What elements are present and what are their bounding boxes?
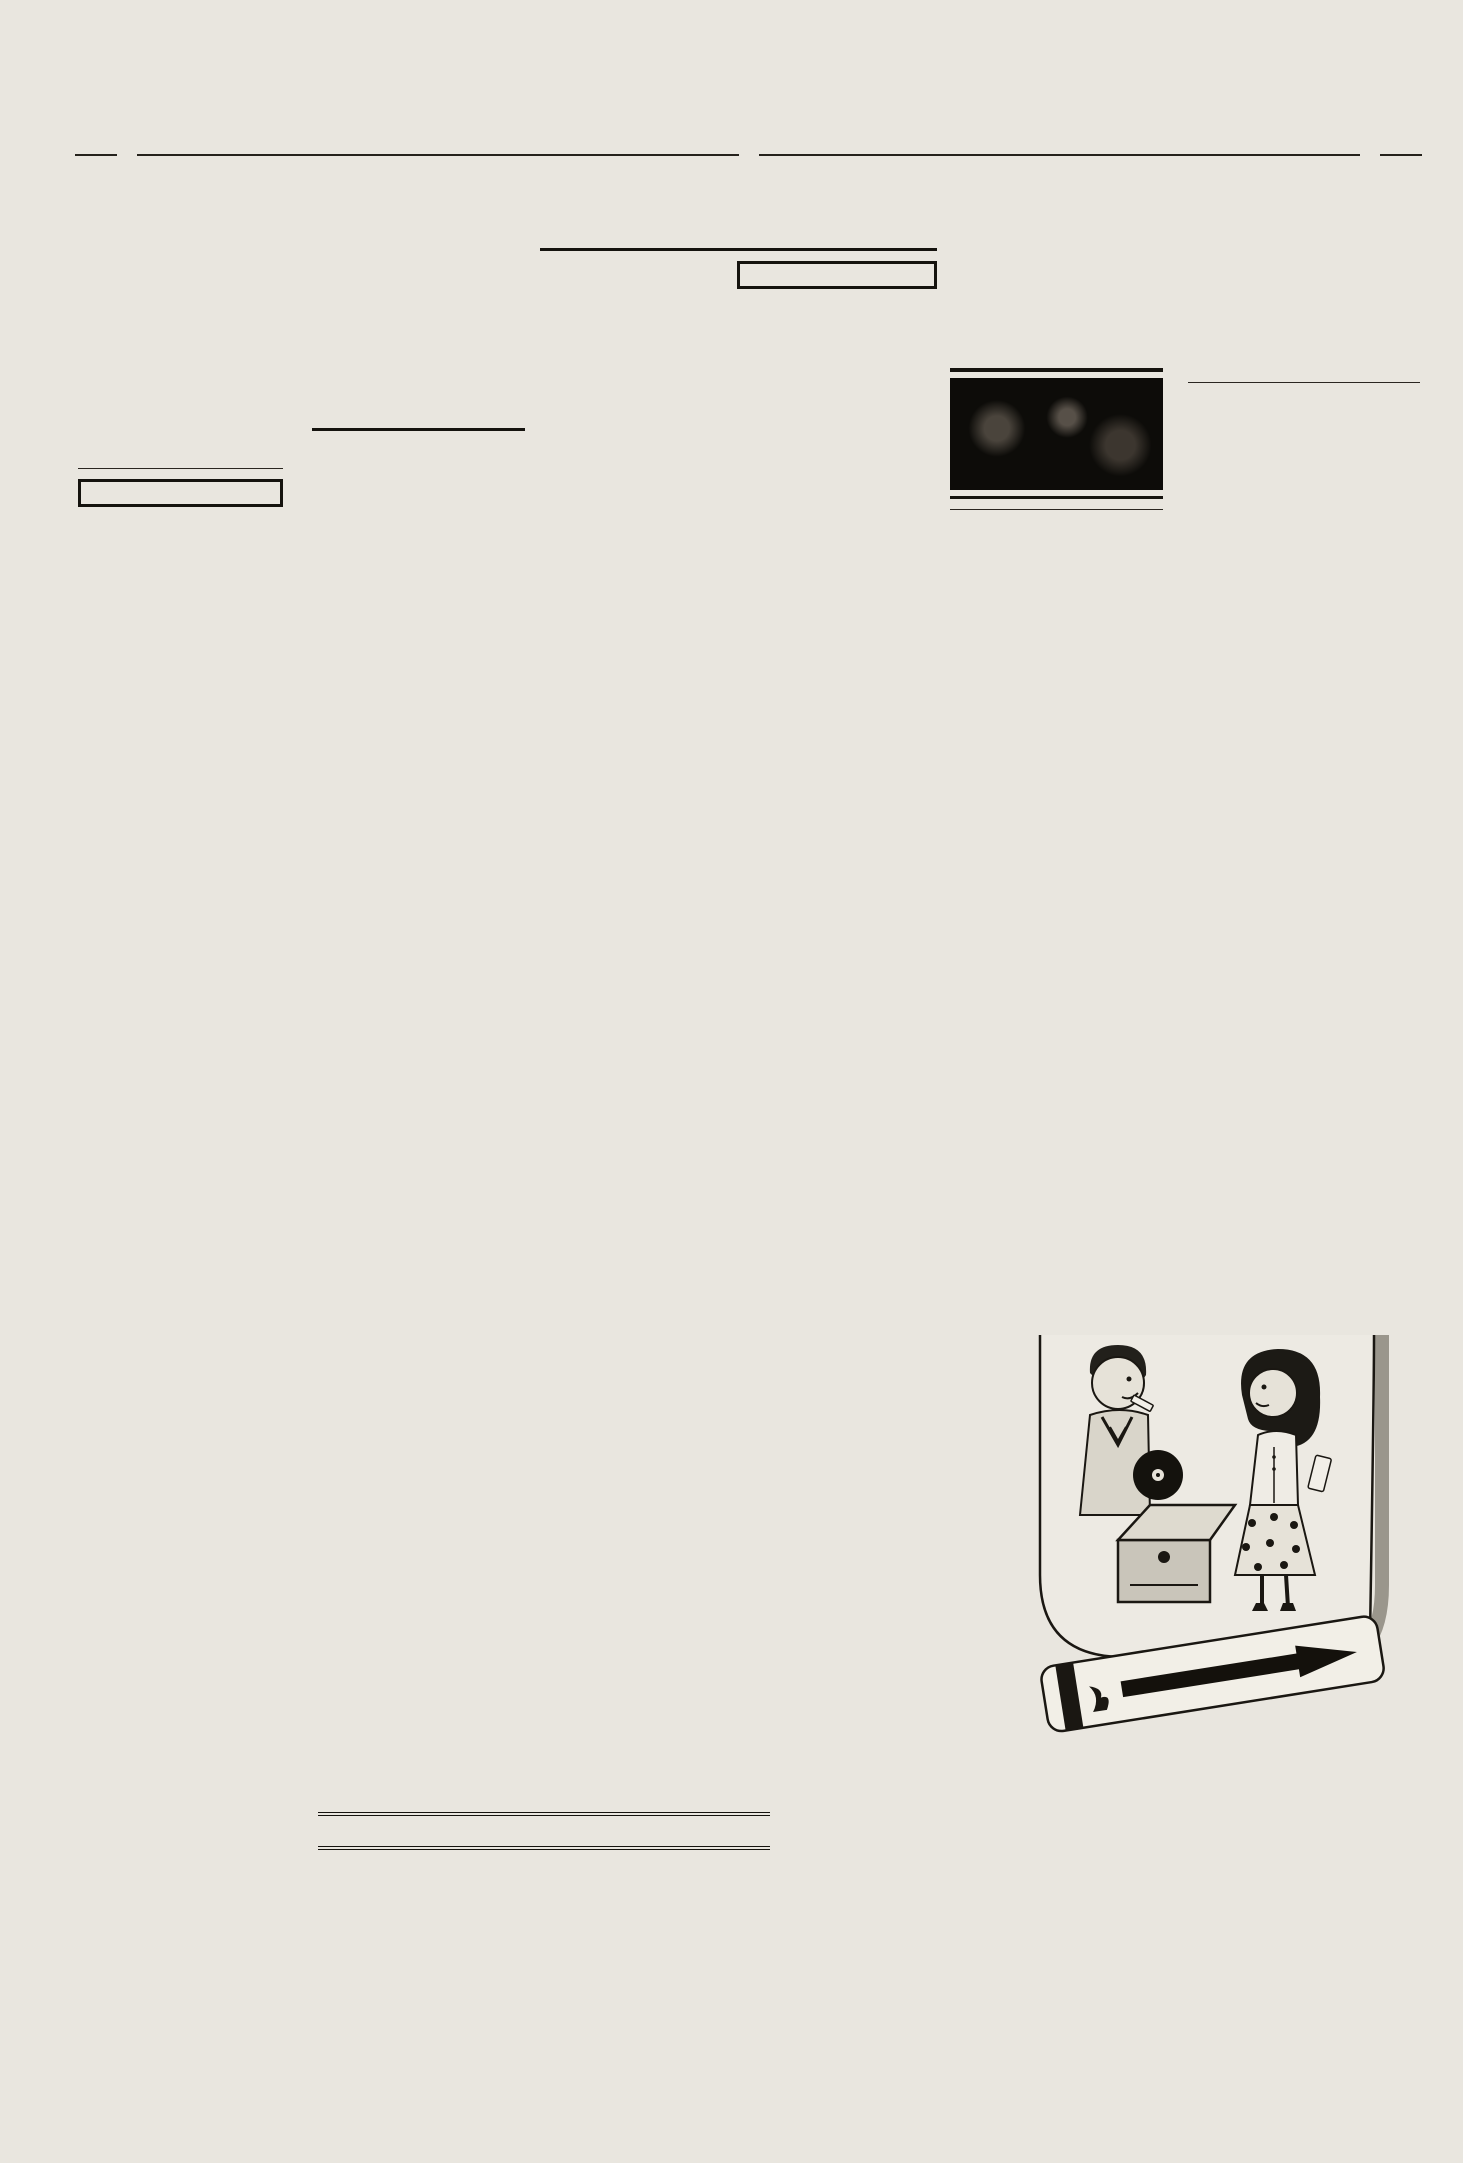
rule [75,154,117,156]
column-2 [312,428,525,440]
column-3 [540,248,745,260]
newspaper-page [0,0,1463,2163]
rule [950,496,1163,499]
rule [950,368,1163,372]
column-4 [737,248,937,289]
column-5 [950,368,1163,520]
rule [78,468,283,469]
rule [737,248,937,251]
harlan-lead [78,366,586,367]
femmes-fancy-photo [950,378,1163,490]
column-1 [78,458,283,507]
white-sea-cafeteria-ad [318,1812,770,1850]
rule [1188,382,1420,383]
wrigley-cartoon-illustration [1030,1335,1432,1770]
campus-shoe-shop-ad [78,479,283,507]
rule [137,154,739,156]
rule [540,248,745,251]
masthead [75,154,1422,156]
femmes-lead [950,297,1424,298]
rule [1380,154,1422,156]
rule [950,509,1163,510]
rule [759,154,1361,156]
rule [312,428,525,431]
college-hill-studio-ad [737,261,937,289]
wrigley-ad [1030,1335,1432,1785]
column-6 [1188,372,1420,393]
